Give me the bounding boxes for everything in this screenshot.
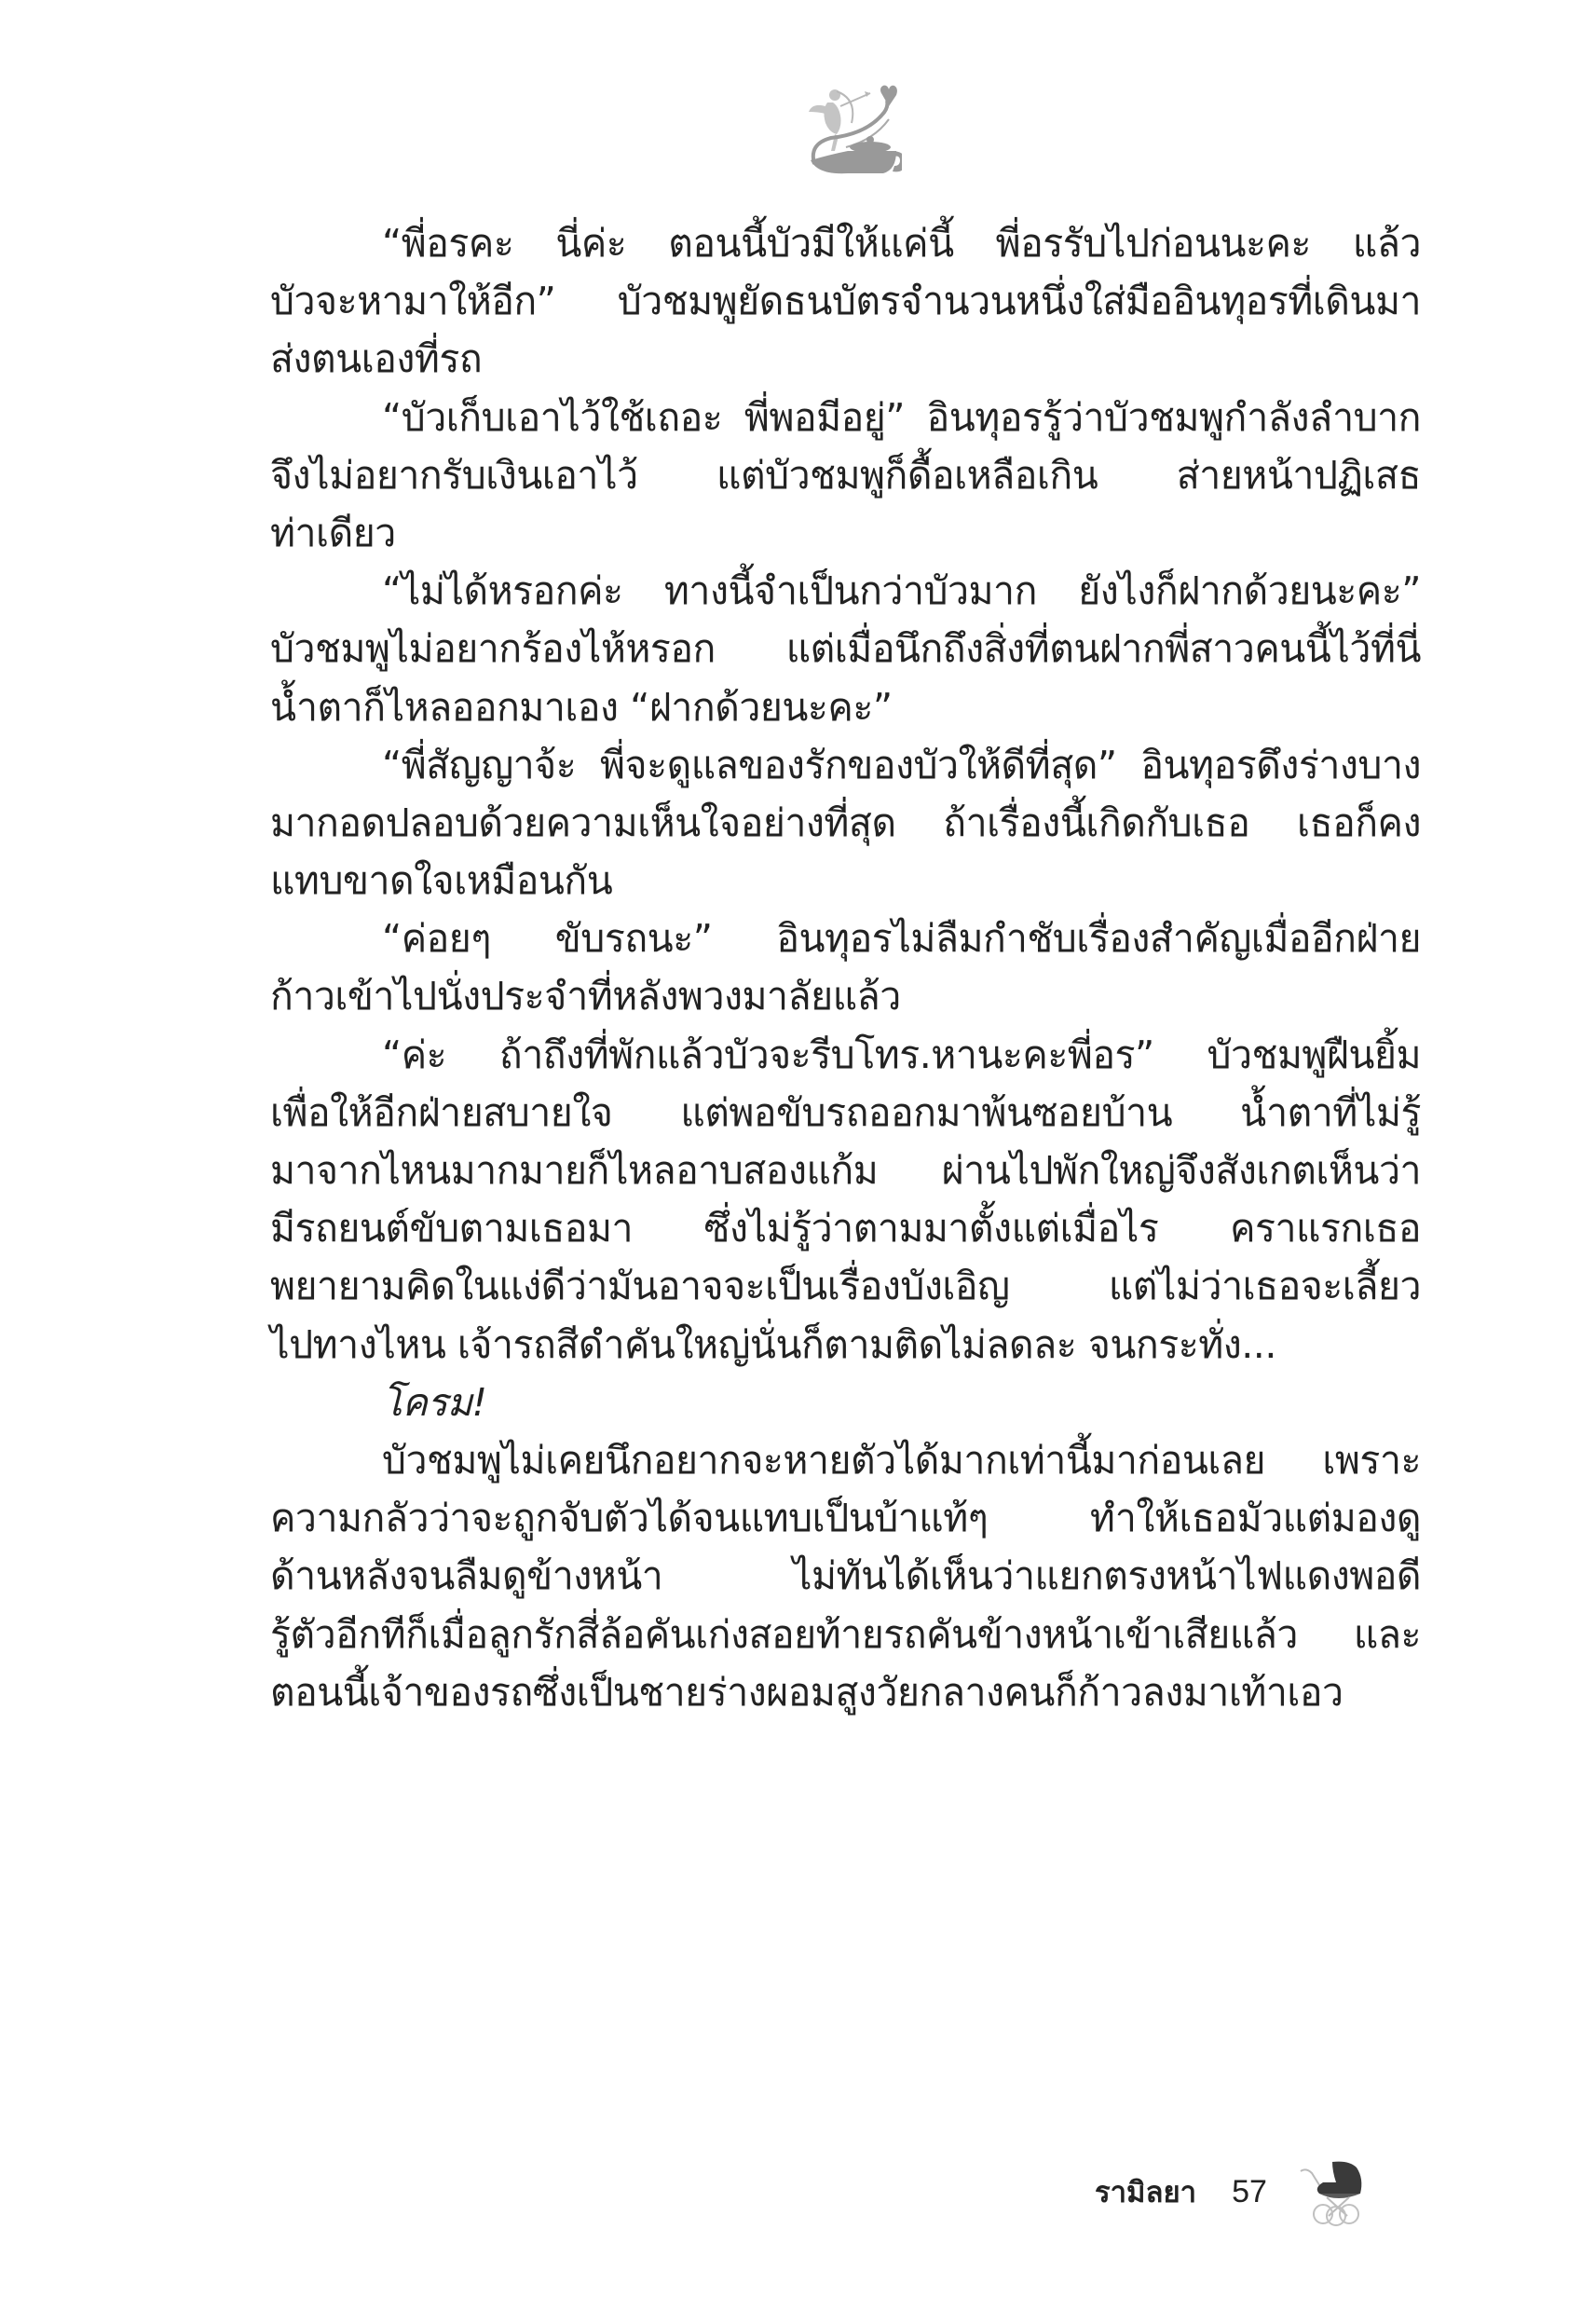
- paragraph-line: จึงไม่อยากรับเงินเอาไว้ แต่บัวชมพูก็ดื้อ…: [270, 446, 1421, 504]
- paragraph-line: ท่าเดียว: [270, 504, 1421, 562]
- paragraph-line: ตอนนี้เจ้าของรถซึ่งเป็นชายร่างผอมสูงวัยก…: [270, 1663, 1421, 1721]
- paragraph-line: พยายามคิดในแง่ดีว่ามันอาจจะเป็นเรื่องบัง…: [270, 1257, 1421, 1315]
- paragraph-line: รู้ตัวอีกทีก็เมื่อลูกรักสี่ล้อคันเก่งสอย…: [270, 1606, 1421, 1663]
- paragraph-line: ไปทางไหน เจ้ารถสีดำคันใหญ่นั่นก็ตามติดไม…: [270, 1316, 1421, 1374]
- paragraph-line: ความกลัวว่าจะถูกจับตัวได้จนแทบเป็นบ้าแท้…: [270, 1489, 1421, 1547]
- body-text: “พี่อรคะ นี่ค่ะ ตอนนี้บัวมีให้แค่นี้ พี่…: [270, 214, 1421, 1721]
- paragraph-line: ส่งตนเองที่รถ: [270, 330, 1421, 388]
- baby-pram-icon: [1295, 2154, 1370, 2229]
- paragraph-line: ด้านหลังจนลืมดูข้างหน้า ไม่ทันได้เห็นว่า…: [270, 1547, 1421, 1605]
- paragraph-line: บัวชมพูไม่อยากร้องไห้หรอก แต่เมื่อนึกถึง…: [270, 620, 1421, 677]
- paragraph-line: มากอดปลอบด้วยความเห็นใจอย่างที่สุด ถ้าเร…: [270, 794, 1421, 852]
- magic-lamp-cupid-icon: [781, 54, 902, 175]
- paragraph-line: แทบขาดใจเหมือนกัน: [270, 852, 1421, 909]
- paragraph-line: มีรถยนต์ขับตามเธอมา ซึ่งไม่รู้ว่าตามมาตั…: [270, 1199, 1421, 1257]
- paragraph-line: “บัวเก็บเอาไว้ใช้เถอะ พี่พอมีอยู่” อินทุ…: [270, 389, 1421, 446]
- paragraph-line: “ค่อยๆ ขับรถนะ” อินทุอรไม่ลืมกำชับเรื่อง…: [270, 909, 1421, 967]
- paragraph-line: “ไม่ได้หรอกค่ะ ทางนี้จำเป็นกว่าบัวมาก ยั…: [270, 562, 1421, 620]
- paragraph-line: บัวจะหามาให้อีก” บัวชมพูยัดธนบัตรจำนวนหน…: [270, 272, 1421, 330]
- paragraph-line: “พี่อรคะ นี่ค่ะ ตอนนี้บัวมีให้แค่นี้ พี่…: [270, 214, 1421, 272]
- paragraph-line: “พี่สัญญาจ้ะ พี่จะดูแลของรักของบัวให้ดีท…: [270, 736, 1421, 794]
- paragraph-line: ก้าวเข้าไปนั่งประจำที่หลังพวงมาลัยแล้ว: [270, 967, 1421, 1025]
- paragraph-line: “ค่ะ ถ้าถึงที่พักแล้วบัวจะรีบโทร.หานะคะพ…: [270, 1026, 1421, 1084]
- paragraph-line: มาจากไหนมากมายก็ไหลอาบสองแก้ม ผ่านไปพักใ…: [270, 1142, 1421, 1199]
- page-footer: รามิลยา 57: [1095, 2164, 1370, 2220]
- sound-effect-line: โครม!: [270, 1374, 1421, 1431]
- paragraph-line: น้ำตาก็ไหลออกมาเอง “ฝากด้วยนะคะ”: [270, 678, 1421, 736]
- book-page: “พี่อรคะ นี่ค่ะ ตอนนี้บัวมีให้แค่นี้ พี่…: [0, 0, 1596, 2311]
- page-number: 57: [1232, 2174, 1267, 2210]
- paragraph-line: บัวชมพูไม่เคยนึกอยากจะหายตัวได้มากเท่านี…: [270, 1431, 1421, 1489]
- paragraph-line: เพื่อให้อีกฝ่ายสบายใจ แต่พอขับรถออกมาพ้น…: [270, 1084, 1421, 1142]
- book-title: รามิลยา: [1095, 2168, 1196, 2215]
